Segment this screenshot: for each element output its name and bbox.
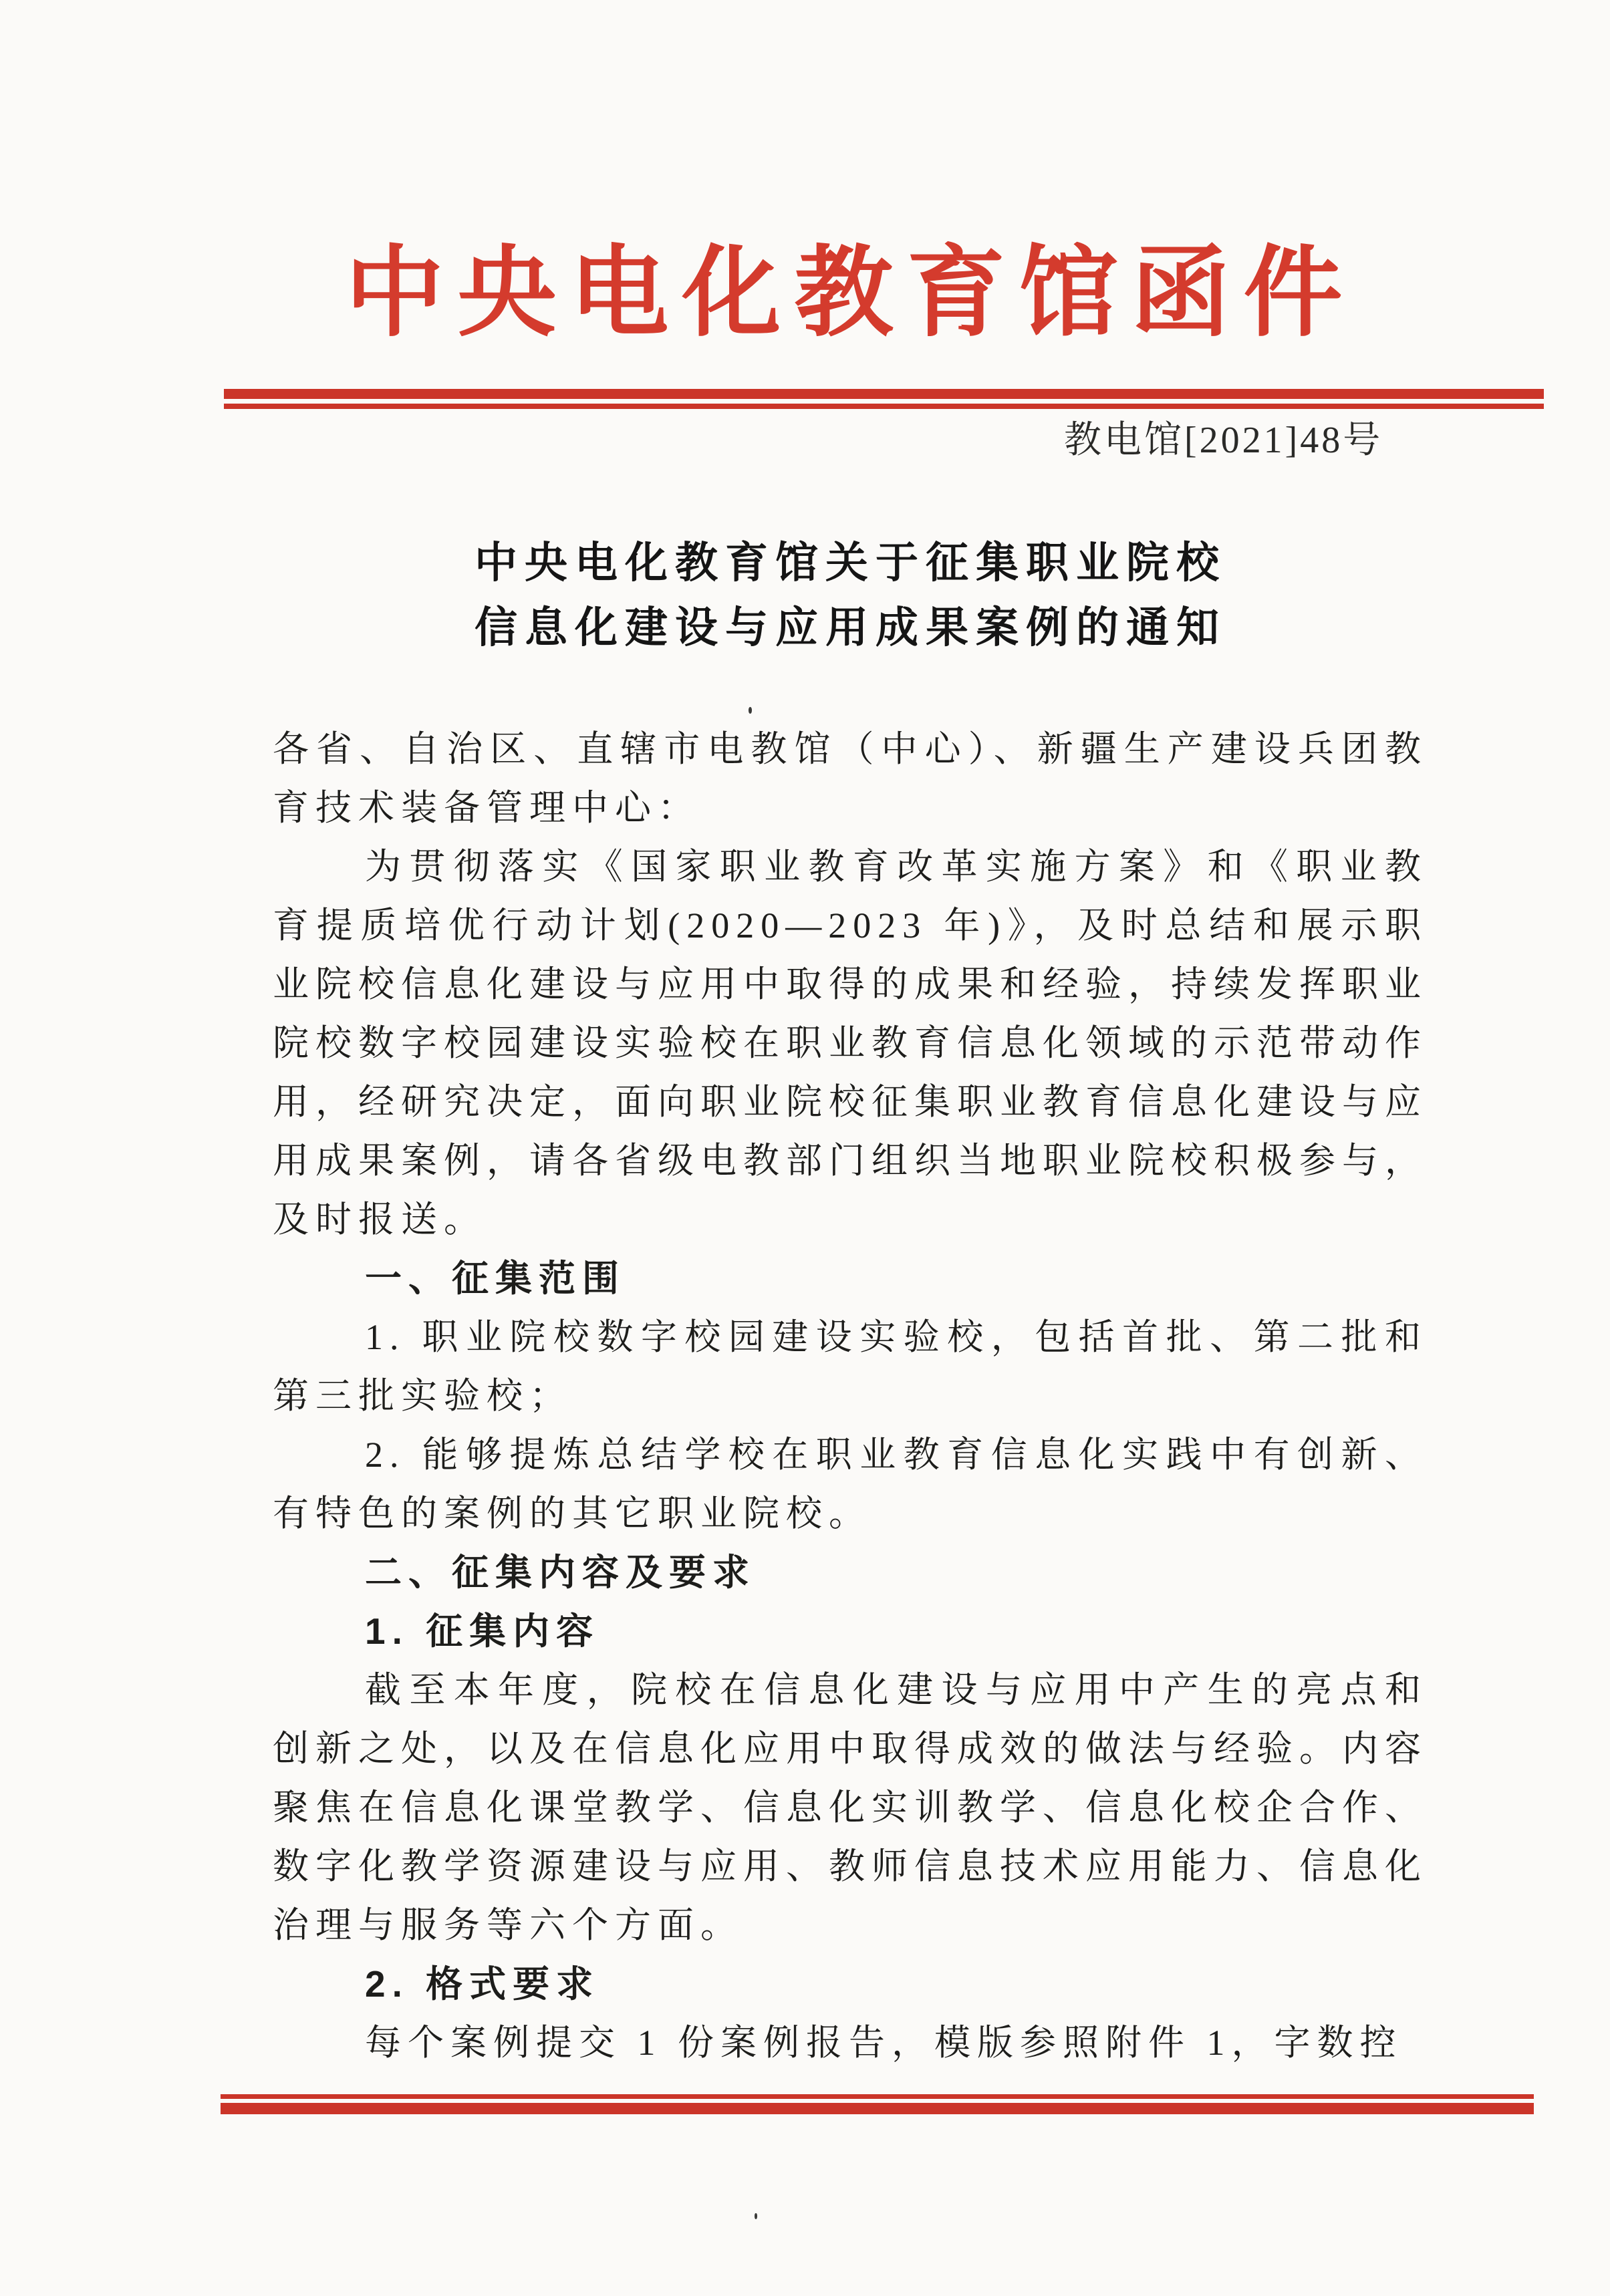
document-body: 各省、自治区、直辖市电教馆（中心）、新疆生产建设兵团教育技术装备管理中心： 为贯… — [273, 720, 1428, 2072]
masthead-title: 中央电化教育馆函件 — [45, 242, 1610, 346]
bottom-rule-thin — [221, 2094, 1534, 2099]
list-item-2: 2. 能够提炼总结学校在职业教育信息化实践中有创新、有特色的案例的其它职业院校。 — [273, 1425, 1428, 1543]
notice-title: 中央电化教育馆关于征集职业院校 信息化建设与应用成果案例的通知 — [45, 531, 1610, 660]
body-paragraph-truncated: 每个案例提交 1 份案例报告，模版参照附件 1，字数控 — [273, 2013, 1428, 2072]
top-rule-thick — [224, 389, 1544, 399]
salutation: 各省、自治区、直辖市电教馆（中心）、新疆生产建设兵团教育技术装备管理中心： — [273, 720, 1428, 837]
subsection-heading-2: 2. 格式要求 — [273, 1955, 1428, 2013]
bottom-rule-thick — [221, 2103, 1534, 2114]
section-heading-1: 一、征集范围 — [273, 1249, 1428, 1308]
body-paragraph: 截至本年度，院校在信息化建设与应用中产生的亮点和创新之处，以及在信息化应用中取得… — [273, 1661, 1428, 1955]
subsection-heading-1: 1. 征集内容 — [273, 1602, 1428, 1661]
body-paragraph: 为贯彻落实《国家职业教育改革实施方案》和《职业教育提质培优行动计划(2020—2… — [273, 837, 1428, 1249]
scan-speck — [749, 707, 752, 714]
scanned-letter-page: 中央电化教育馆函件 教电馆[2021]48号 中央电化教育馆关于征集职业院校 信… — [0, 0, 1610, 2296]
notice-title-line1: 中央电化教育馆关于征集职业院校 — [45, 531, 1610, 595]
notice-title-line2: 信息化建设与应用成果案例的通知 — [45, 595, 1610, 660]
scan-speck — [755, 2213, 757, 2219]
section-heading-2: 二、征集内容及要求 — [273, 1543, 1428, 1602]
list-item-1: 1. 职业院校数字校园建设实验校，包括首批、第二批和第三批实验校； — [273, 1308, 1428, 1425]
document-number: 教电馆[2021]48号 — [1064, 418, 1383, 462]
top-rule-thin — [224, 404, 1544, 409]
